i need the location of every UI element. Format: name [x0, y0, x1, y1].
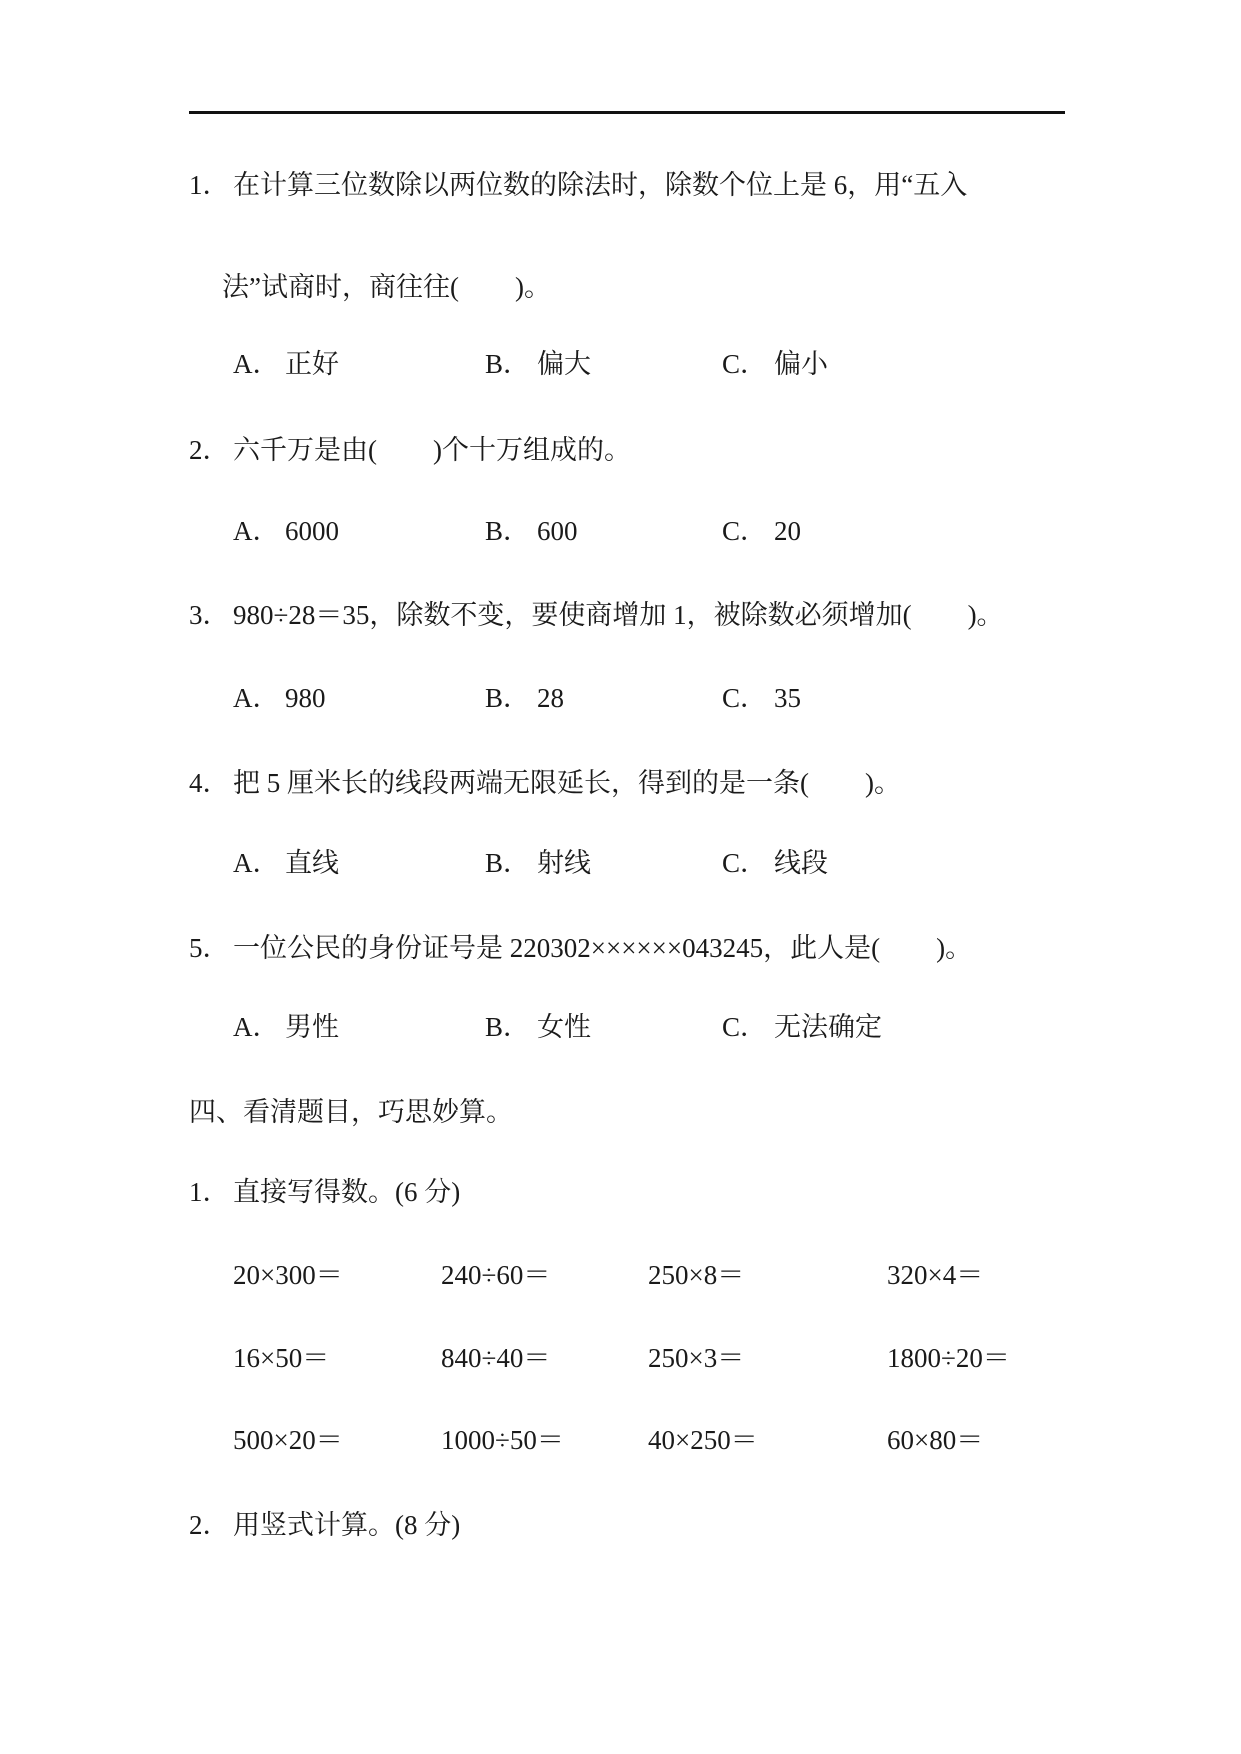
question-text: )个十万组成的。: [433, 435, 631, 465]
question-text: 法”试商时，商往往(: [222, 272, 459, 302]
part-2-title: 2．用竖式计算。(8 分): [189, 1509, 460, 1541]
question-text: 980÷28＝35，除数不变，要使商增加 1，被除数必须增加(: [233, 600, 912, 630]
option-b[interactable]: B．600: [485, 515, 578, 547]
question-text: )。: [865, 768, 901, 798]
option-a[interactable]: A．正好: [233, 348, 339, 380]
question-1: 1．在计算三位数除以两位数的除法时，除数个位上是 6，用“五入: [189, 169, 967, 201]
question-number: 3．: [189, 599, 233, 631]
option-a[interactable]: A．男性: [233, 1011, 339, 1043]
calc-item: 20×300＝: [233, 1259, 343, 1291]
option-a[interactable]: A．6000: [233, 515, 339, 547]
calc-item: 240÷60＝: [441, 1259, 550, 1291]
option-b[interactable]: B．28: [485, 682, 564, 714]
header-rule: [189, 111, 1065, 114]
part-1-title: 1．直接写得数。(6 分): [189, 1176, 460, 1208]
option-c[interactable]: C．线段: [722, 847, 828, 879]
question-text: )。: [515, 272, 551, 302]
option-b[interactable]: B．偏大: [485, 348, 591, 380]
option-a[interactable]: A．直线: [233, 847, 339, 879]
option-c[interactable]: C．无法确定: [722, 1011, 882, 1043]
question-text: 在计算三位数除以两位数的除法时，除数个位上是 6，用“五入: [233, 170, 967, 200]
option-a[interactable]: A．980: [233, 682, 326, 714]
calc-item: 840÷40＝: [441, 1342, 550, 1374]
question-number: 5．: [189, 932, 233, 964]
option-b[interactable]: B．女性: [485, 1011, 591, 1043]
question-text: )。: [968, 600, 1004, 630]
calc-item: 16×50＝: [233, 1342, 329, 1374]
calc-item: 40×250＝: [648, 1424, 758, 1456]
calc-item: 500×20＝: [233, 1424, 343, 1456]
question-4: 4．把 5 厘米长的线段两端无限延长，得到的是一条()。: [189, 767, 901, 799]
calc-item: 320×4＝: [887, 1259, 983, 1291]
option-c[interactable]: C．20: [722, 515, 801, 547]
question-number: 4．: [189, 767, 233, 799]
question-text: )。: [936, 933, 972, 963]
calc-item: 250×8＝: [648, 1259, 744, 1291]
question-number: 2．: [189, 434, 233, 466]
section-4-title: 四、看清题目，巧思妙算。: [189, 1096, 513, 1128]
option-c[interactable]: C．35: [722, 682, 801, 714]
calc-item: 250×3＝: [648, 1342, 744, 1374]
question-text: 一位公民的身份证号是 220302××××××043245，此人是(: [233, 933, 880, 963]
question-5: 5．一位公民的身份证号是 220302××××××043245，此人是()。: [189, 932, 972, 964]
option-c[interactable]: C．偏小: [722, 348, 828, 380]
question-3: 3．980÷28＝35，除数不变，要使商增加 1，被除数必须增加()。: [189, 599, 1004, 631]
calc-item: 60×80＝: [887, 1424, 983, 1456]
option-b[interactable]: B．射线: [485, 847, 591, 879]
question-number: 1．: [189, 169, 233, 201]
question-1-line-2: 法”试商时，商往往()。: [222, 271, 551, 303]
question-text: 把 5 厘米长的线段两端无限延长，得到的是一条(: [233, 768, 809, 798]
question-text: 六千万是由(: [233, 435, 377, 465]
question-2: 2．六千万是由()个十万组成的。: [189, 434, 631, 466]
calc-item: 1800÷20＝: [887, 1342, 1010, 1374]
calc-item: 1000÷50＝: [441, 1424, 564, 1456]
